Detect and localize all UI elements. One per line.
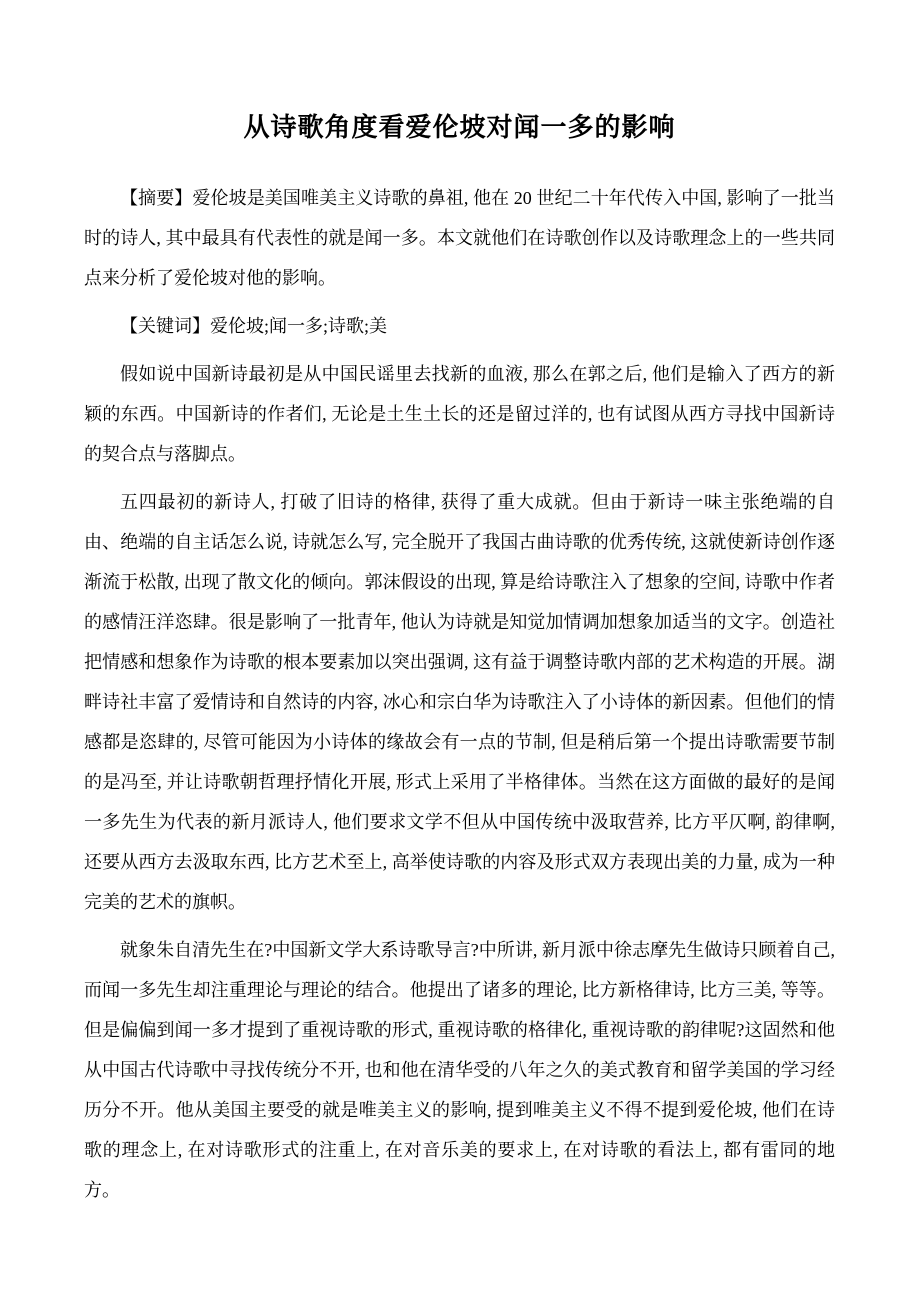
paragraph-keywords: 【关键词】爱伦坡;闻一多;诗歌;美 <box>84 306 835 346</box>
paragraph-body-3: 就象朱自清先生在?中国新文学大系诗歌导言?中所讲, 新月派中徐志摩先生做诗只顾着… <box>84 930 835 1210</box>
paragraph-abstract: 【摘要】爱伦坡是美国唯美主义诗歌的鼻祖, 他在 20 世纪二十年代传入中国, 影… <box>84 178 835 298</box>
paragraph-body-1: 假如说中国新诗最初是从中国民谣里去找新的血液, 那么在郭之后, 他们是输入了西方… <box>84 354 835 474</box>
document-page: 从诗歌角度看爱伦坡对闻一多的影响 【摘要】爱伦坡是美国唯美主义诗歌的鼻祖, 他在… <box>0 0 920 1302</box>
document-title: 从诗歌角度看爱伦坡对闻一多的影响 <box>84 112 835 144</box>
paragraph-body-2: 五四最初的新诗人, 打破了旧诗的格律, 获得了重大成就。但由于新诗一味主张绝端的… <box>84 482 835 922</box>
